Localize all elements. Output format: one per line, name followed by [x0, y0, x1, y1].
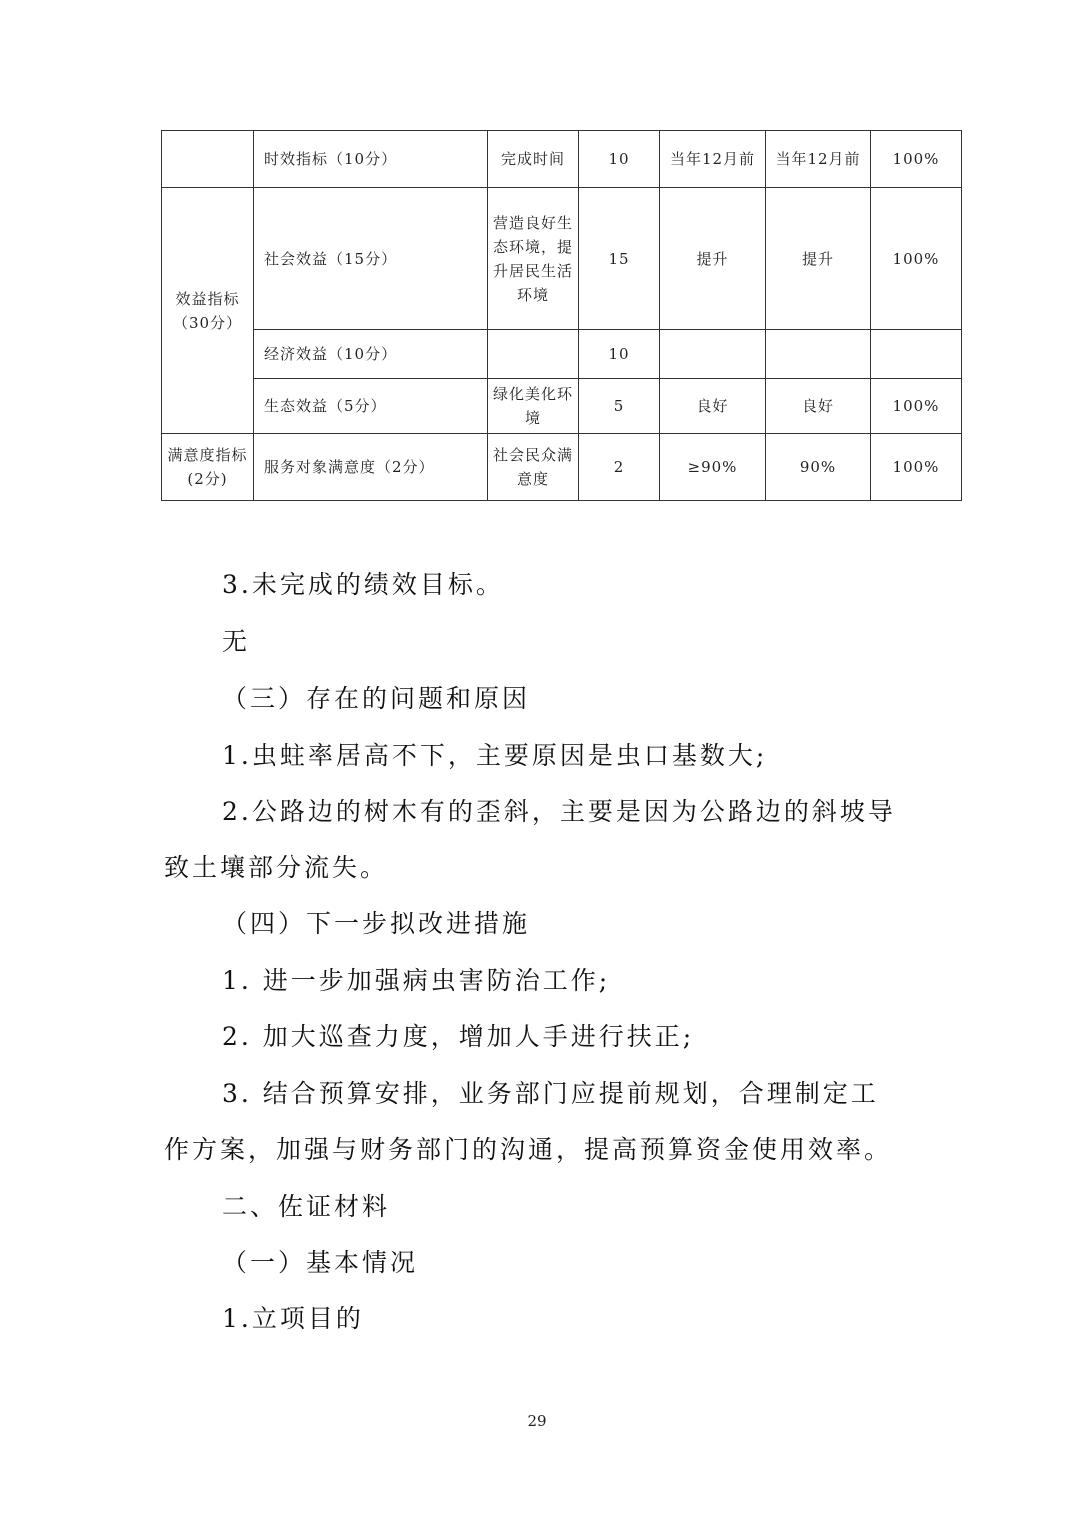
paragraph-problem-2: 2.公路边的树木有的歪斜，主要是因为公路边的斜坡导: [222, 797, 896, 827]
score-cell: 10: [579, 131, 660, 188]
table-row: 效益指标（30分） 社会效益（15分） 营造良好生态环境，提升居民生活环境 15…: [162, 188, 962, 330]
paragraph-problem-1: 1.虫蛀率居高不下，主要原因是虫口基数大;: [222, 741, 767, 771]
target-cell: 当年12月前: [660, 131, 766, 188]
section-heading-improvements: （四）下一步拟改进措施: [222, 909, 530, 939]
category-cell: 满意度指标(2分): [162, 434, 254, 501]
rate-cell: 100%: [871, 434, 962, 501]
target-cell: 提升: [660, 188, 766, 330]
content-cell: [488, 330, 579, 379]
section-heading-evidence: 二、佐证材料: [222, 1192, 390, 1222]
rate-cell: 100%: [871, 188, 962, 330]
category-cell: 效益指标（30分）: [162, 188, 254, 434]
subheading-project-purpose: 1.立项目的: [222, 1304, 364, 1334]
score-cell: 15: [579, 188, 660, 330]
table-row: 经济效益（10分） 10: [162, 330, 962, 379]
table-row: 时效指标（10分） 完成时间 10 当年12月前 当年12月前 100%: [162, 131, 962, 188]
category-cell: [162, 131, 254, 188]
paragraph-none: 无: [222, 627, 250, 657]
rate-cell: 100%: [871, 379, 962, 434]
rate-cell: 100%: [871, 131, 962, 188]
table-row: 满意度指标(2分) 服务对象满意度（2分） 社会民众满意度 2 ≥90% 90%…: [162, 434, 962, 501]
table-row: 生态效益（5分） 绿化美化环境 5 良好 良好 100%: [162, 379, 962, 434]
content-cell: 绿化美化环境: [488, 379, 579, 434]
actual-cell: 90%: [766, 434, 871, 501]
indicator-cell: 时效指标（10分）: [254, 131, 488, 188]
section-heading-basic-info: （一）基本情况: [222, 1248, 418, 1278]
section-heading-problems: （三）存在的问题和原因: [222, 684, 530, 714]
actual-cell: [766, 330, 871, 379]
target-cell: [660, 330, 766, 379]
target-cell: ≥90%: [660, 434, 766, 501]
actual-cell: 当年12月前: [766, 131, 871, 188]
score-cell: 5: [579, 379, 660, 434]
indicator-cell: 社会效益（15分）: [254, 188, 488, 330]
indicator-cell: 服务对象满意度（2分）: [254, 434, 488, 501]
paragraph-measure-1: 1. 进一步加强病虫害防治工作;: [222, 966, 610, 996]
subheading-unfinished-goals: 3.未完成的绩效目标。: [222, 570, 504, 600]
document-page: 时效指标（10分） 完成时间 10 当年12月前 当年12月前 100% 效益指…: [0, 0, 1074, 1520]
actual-cell: 良好: [766, 379, 871, 434]
page-number: 29: [0, 1412, 1074, 1430]
indicator-cell: 生态效益（5分）: [254, 379, 488, 434]
content-cell: 营造良好生态环境，提升居民生活环境: [488, 188, 579, 330]
indicator-cell: 经济效益（10分）: [254, 330, 488, 379]
content-cell: 完成时间: [488, 131, 579, 188]
score-cell: 10: [579, 330, 660, 379]
actual-cell: 提升: [766, 188, 871, 330]
paragraph-measure-3-cont: 作方案，加强与财务部门的沟通，提高预算资金使用效率。: [164, 1135, 892, 1165]
paragraph-problem-2-cont: 致土壤部分流失。: [164, 853, 388, 883]
score-cell: 2: [579, 434, 660, 501]
target-cell: 良好: [660, 379, 766, 434]
rate-cell: [871, 330, 962, 379]
performance-indicator-table: 时效指标（10分） 完成时间 10 当年12月前 当年12月前 100% 效益指…: [161, 130, 962, 501]
paragraph-measure-2: 2. 加大巡查力度，增加人手进行扶正;: [222, 1022, 694, 1052]
content-cell: 社会民众满意度: [488, 434, 579, 501]
paragraph-measure-3: 3. 结合预算安排，业务部门应提前规划，合理制定工: [222, 1079, 879, 1109]
